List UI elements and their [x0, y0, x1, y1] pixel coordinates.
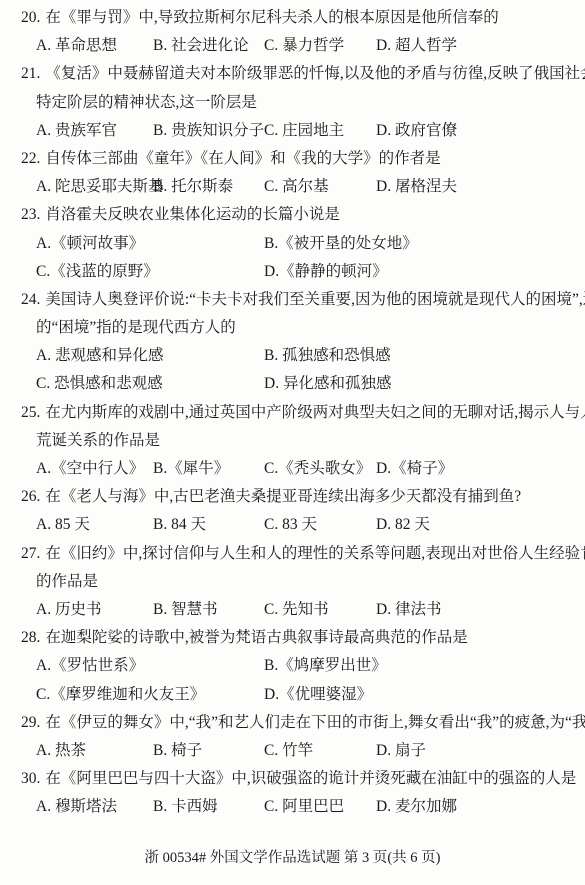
option-a: A. 陀思妥耶夫斯基: [36, 173, 153, 201]
options-row: C. 恐惧感和悲观感 D. 异化感和孤独感: [0, 370, 585, 398]
option-c: C. 83 天: [264, 511, 376, 539]
question-number: 25.: [21, 399, 40, 427]
question-20: 20.在《罪与罚》中,导致拉斯柯尔尼科夫杀人的根本原因是他所信奉的 A. 革命思…: [0, 4, 585, 60]
question-stem: 《复活》中聂赫留道夫对本阶级罪恶的忏悔,以及他的矛盾与彷徨,反映了俄国社会中某一: [45, 65, 585, 82]
option-b: B.《被开垦的处女地》: [264, 230, 585, 258]
question-number: 20.: [21, 4, 40, 32]
question-stem-cont: 特定阶层的精神状态,这一阶层是: [0, 89, 585, 117]
option-d: D. 扇子: [376, 737, 585, 765]
question-stem-cont: 的作品是: [0, 568, 585, 596]
option-c: C. 高尔基: [264, 173, 376, 201]
question-stem: 美国诗人奥登评价说:“卡夫卡对我们至关重要,因为他的困境就是现代人的困境”,这里: [45, 291, 585, 308]
option-c: C. 先知书: [264, 596, 376, 624]
question-22: 22.自传体三部曲《童年》《在人间》和《我的大学》的作者是 A. 陀思妥耶夫斯基…: [0, 145, 585, 201]
option-b: B. 孤独感和恐惧感: [264, 342, 585, 370]
option-d: D. 政府官僚: [376, 117, 585, 145]
option-c: C.《浅蓝的原野》: [36, 258, 264, 286]
question-number: 28.: [21, 624, 40, 652]
question-number: 27.: [21, 540, 40, 568]
option-c: C. 庄园地主: [264, 117, 376, 145]
question-number: 23.: [21, 201, 40, 229]
question-27: 27.在《旧约》中,探讨信仰与人生和人的理性的关系等问题,表现出对世俗人生经验肯…: [0, 540, 585, 625]
question-number: 21.: [21, 60, 40, 88]
options-row: A. 热茶 B. 椅子 C. 竹竿 D. 扇子: [0, 737, 585, 765]
question-24: 24.美国诗人奥登评价说:“卡夫卡对我们至关重要,因为他的困境就是现代人的困境”…: [0, 286, 585, 399]
question-stem: 在《罪与罚》中,导致拉斯柯尔尼科夫杀人的根本原因是他所信奉的: [45, 9, 498, 26]
option-b: B. 智慧书: [153, 596, 264, 624]
options-row: A. 革命思想 B. 社会进化论 C. 暴力哲学 D. 超人哲学: [0, 32, 585, 60]
option-c: C. 暴力哲学: [264, 32, 376, 60]
question-stem: 在《阿里巴巴与四十大盗》中,识破强盗的诡计并烫死藏在油缸中的强盗的人是: [45, 770, 576, 787]
question-stem-cont: 的“困境”指的是现代西方人的: [0, 314, 585, 342]
question-number: 22.: [21, 145, 40, 173]
options-row: A. 穆斯塔法 B. 卡西姆 C. 阿里巴巴 D. 麦尔加娜: [0, 793, 585, 821]
option-a: A. 悲观感和异化感: [36, 342, 264, 370]
options-row: A.《罗怙世系》 B.《鸠摩罗出世》: [0, 652, 585, 680]
question-29: 29.在《伊豆的舞女》中,“我”和艺人们走在下田的市街上,舞女看出“我”的疲惫,…: [0, 709, 585, 765]
option-a: A. 贵族军官: [36, 117, 153, 145]
option-b: B. 贵族知识分子: [153, 117, 264, 145]
options-row: A. 悲观感和异化感 B. 孤独感和恐惧感: [0, 342, 585, 370]
options-row: C.《浅蓝的原野》 D.《静静的顿河》: [0, 258, 585, 286]
option-d: D. 异化感和孤独感: [264, 370, 585, 398]
option-b: B. 社会进化论: [153, 32, 264, 60]
question-21: 21.《复活》中聂赫留道夫对本阶级罪恶的忏悔,以及他的矛盾与彷徨,反映了俄国社会…: [0, 60, 585, 145]
option-c: C.《摩罗维迦和火友王》: [36, 681, 264, 709]
option-a: A. 85 天: [36, 511, 153, 539]
option-a: A.《顿河故事》: [36, 230, 264, 258]
option-b: B. 84 天: [153, 511, 264, 539]
question-stem: 自传体三部曲《童年》《在人间》和《我的大学》的作者是: [45, 150, 440, 167]
option-d: D. 超人哲学: [376, 32, 585, 60]
option-c: C. 竹竿: [264, 737, 376, 765]
question-stem: 在《老人与海》中,古巴老渔夫桑提亚哥连续出海多少天都没有捕到鱼?: [45, 488, 521, 505]
question-stem: 肖洛霍夫反映农业集体化运动的长篇小说是: [45, 206, 340, 223]
option-d: D. 麦尔加娜: [376, 793, 585, 821]
options-row: A. 陀思妥耶夫斯基 B. 托尔斯泰 C. 高尔基 D. 屠格涅夫: [0, 173, 585, 201]
option-a: A.《空中行人》: [36, 455, 153, 483]
option-c: C. 阿里巴巴: [264, 793, 376, 821]
question-stem: 在《旧约》中,探讨信仰与人生和人的理性的关系等问题,表现出对世俗人生经验肯定倾向: [45, 545, 585, 562]
question-stem-cont: 荒诞关系的作品是: [0, 427, 585, 455]
question-stem: 在尤内斯库的戏剧中,通过英国中产阶级两对典型夫妇之间的无聊对话,揭示人与人之间: [45, 404, 585, 421]
option-b: B. 卡西姆: [153, 793, 264, 821]
question-23: 23.肖洛霍夫反映农业集体化运动的长篇小说是 A.《顿河故事》 B.《被开垦的处…: [0, 201, 585, 286]
question-number: 30.: [21, 765, 40, 793]
question-25: 25.在尤内斯库的戏剧中,通过英国中产阶级两对典型夫妇之间的无聊对话,揭示人与人…: [0, 399, 585, 484]
option-b: B. 托尔斯泰: [153, 173, 264, 201]
page-footer: 浙 00534# 外国文学作品选试题 第 3 页(共 6 页): [0, 844, 585, 872]
question-26: 26.在《老人与海》中,古巴老渔夫桑提亚哥连续出海多少天都没有捕到鱼? A. 8…: [0, 483, 585, 539]
option-d: D.《静静的顿河》: [264, 258, 585, 286]
option-a: A. 历史书: [36, 596, 153, 624]
option-b: B.《犀牛》: [153, 455, 264, 483]
question-stem: 在迦梨陀娑的诗歌中,被誉为梵语古典叙事诗最高典范的作品是: [45, 629, 467, 646]
option-d: D. 82 天: [376, 511, 585, 539]
option-b: B. 椅子: [153, 737, 264, 765]
question-number: 24.: [21, 286, 40, 314]
exam-page: 20.在《罪与罚》中,导致拉斯柯尔尼科夫杀人的根本原因是他所信奉的 A. 革命思…: [0, 0, 585, 885]
option-a: A. 穆斯塔法: [36, 793, 153, 821]
options-row: C.《摩罗维迦和火友王》 D.《优哩婆湿》: [0, 681, 585, 709]
options-row: A. 85 天 B. 84 天 C. 83 天 D. 82 天: [0, 511, 585, 539]
options-row: A.《顿河故事》 B.《被开垦的处女地》: [0, 230, 585, 258]
option-b: B.《鸠摩罗出世》: [264, 652, 585, 680]
option-c: C. 恐惧感和悲观感: [36, 370, 264, 398]
question-30: 30.在《阿里巴巴与四十大盗》中,识破强盗的诡计并烫死藏在油缸中的强盗的人是 A…: [0, 765, 585, 821]
option-c: C.《秃头歌女》: [264, 455, 376, 483]
option-a: A.《罗怙世系》: [36, 652, 264, 680]
options-row: A. 贵族军官 B. 贵族知识分子 C. 庄园地主 D. 政府官僚: [0, 117, 585, 145]
option-d: D.《椅子》: [376, 455, 585, 483]
options-row: A.《空中行人》 B.《犀牛》 C.《秃头歌女》 D.《椅子》: [0, 455, 585, 483]
question-number: 26.: [21, 483, 40, 511]
question-28: 28.在迦梨陀娑的诗歌中,被誉为梵语古典叙事诗最高典范的作品是 A.《罗怙世系》…: [0, 624, 585, 709]
options-row: A. 历史书 B. 智慧书 C. 先知书 D. 律法书: [0, 596, 585, 624]
option-d: D. 律法书: [376, 596, 585, 624]
option-d: D. 屠格涅夫: [376, 173, 585, 201]
question-stem: 在《伊豆的舞女》中,“我”和艺人们走在下田的市街上,舞女看出“我”的疲惫,为“我…: [45, 714, 585, 731]
option-d: D.《优哩婆湿》: [264, 681, 585, 709]
option-a: A. 热茶: [36, 737, 153, 765]
option-a: A. 革命思想: [36, 32, 153, 60]
question-number: 29.: [21, 709, 40, 737]
